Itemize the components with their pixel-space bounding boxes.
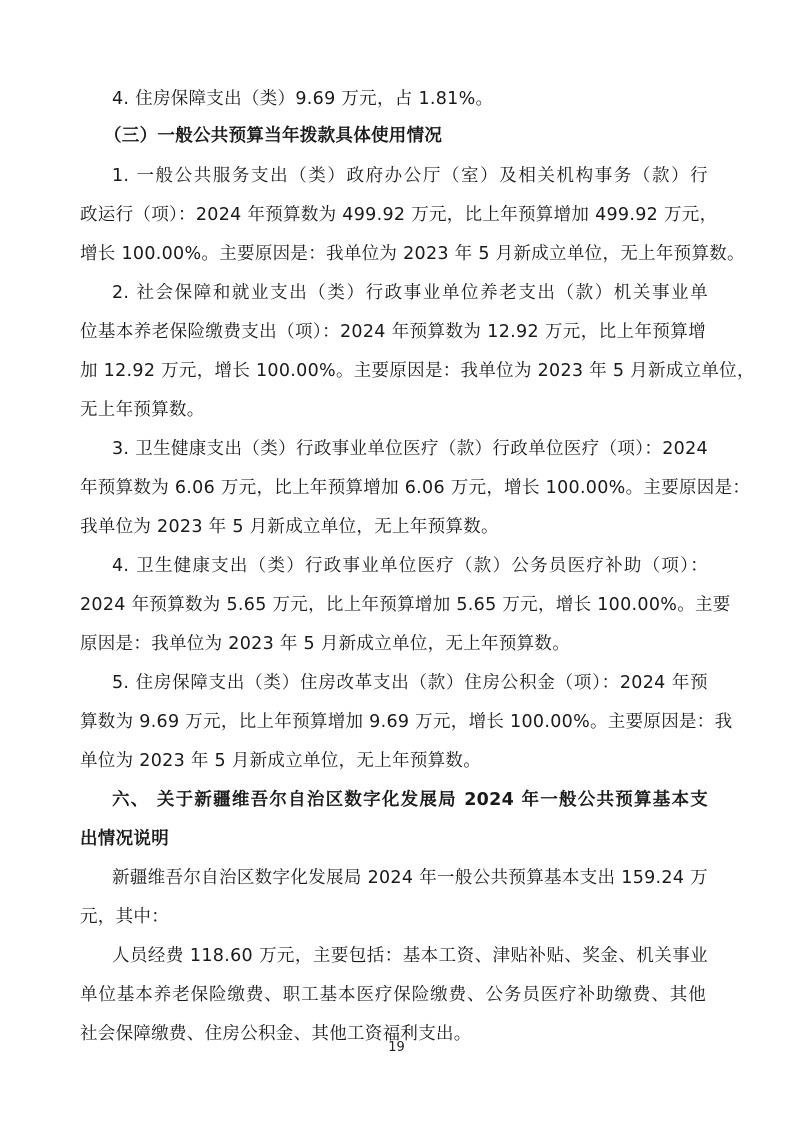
section-heading: （三）一般公共预算当年拨款具体使用情况	[104, 125, 700, 147]
document-page: 4. 住房保障支出（类）9.69 万元，占 1.81%。（三）一般公共预算当年拨…	[0, 0, 793, 1122]
paragraph-line: 2024 年预算数为 5.65 万元，比上年预算增加 5.65 万元，增长 10…	[80, 594, 706, 616]
paragraph-line: 4. 卫生健康支出（类）行政事业单位医疗（款）公务员医疗补助（项）：	[112, 555, 708, 577]
paragraph-line: 4. 住房保障支出（类）9.69 万元，占 1.81%。	[112, 88, 708, 110]
paragraph-line: 位基本养老保险缴费支出（项）：2024 年预算数为 12.92 万元，比上年预算…	[80, 321, 706, 343]
paragraph-line: 增长 100.00%。主要原因是：我单位为 2023 年 5 月新成立单位，无上…	[80, 243, 706, 265]
chapter-heading-line: 出情况说明	[80, 828, 676, 850]
paragraph-line: 3. 卫生健康支出（类）行政事业单位医疗（款）行政单位医疗（项）：2024	[112, 438, 708, 460]
paragraph-line: 加 12.92 万元，增长 100.00%。主要原因是：我单位为 2023 年 …	[80, 360, 706, 382]
paragraph-line: 2. 社会保障和就业支出（类）行政事业单位养老支出（款）机关事业单	[112, 282, 708, 304]
paragraph-line: 单位为 2023 年 5 月新成立单位，无上年预算数。	[80, 750, 676, 772]
paragraph-line: 1. 一般公共服务支出（类）政府办公厅（室）及相关机构事务（款）行	[112, 165, 708, 187]
paragraph-line: 元，其中：	[80, 906, 676, 928]
paragraph-line: 原因是：我单位为 2023 年 5 月新成立单位，无上年预算数。	[80, 633, 676, 655]
page-number: 19	[0, 1040, 793, 1056]
paragraph-line: 新疆维吾尔自治区数字化发展局 2024 年一般公共预算基本支出 159.24 万	[112, 867, 708, 889]
paragraph-line: 人员经费 118.60 万元，主要包括：基本工资、津贴补贴、奖金、机关事业	[112, 945, 708, 967]
paragraph-line: 无上年预算数。	[80, 399, 676, 421]
paragraph-line: 5. 住房保障支出（类）住房改革支出（款）住房公积金（项）：2024 年预	[112, 672, 708, 694]
chapter-heading-line: 六、 关于新疆维吾尔自治区数字化发展局 2024 年一般公共预算基本支	[112, 789, 708, 811]
paragraph-line: 单位基本养老保险缴费、职工基本医疗保险缴费、公务员医疗补助缴费、其他	[80, 984, 706, 1006]
paragraph-line: 政运行（项）：2024 年预算数为 499.92 万元，比上年预算增加 499.…	[80, 204, 706, 226]
paragraph-line: 我单位为 2023 年 5 月新成立单位，无上年预算数。	[80, 516, 676, 538]
paragraph-line: 年预算数为 6.06 万元，比上年预算增加 6.06 万元，增长 100.00%…	[80, 477, 706, 499]
paragraph-line: 算数为 9.69 万元，比上年预算增加 9.69 万元，增长 100.00%。主…	[80, 711, 706, 733]
